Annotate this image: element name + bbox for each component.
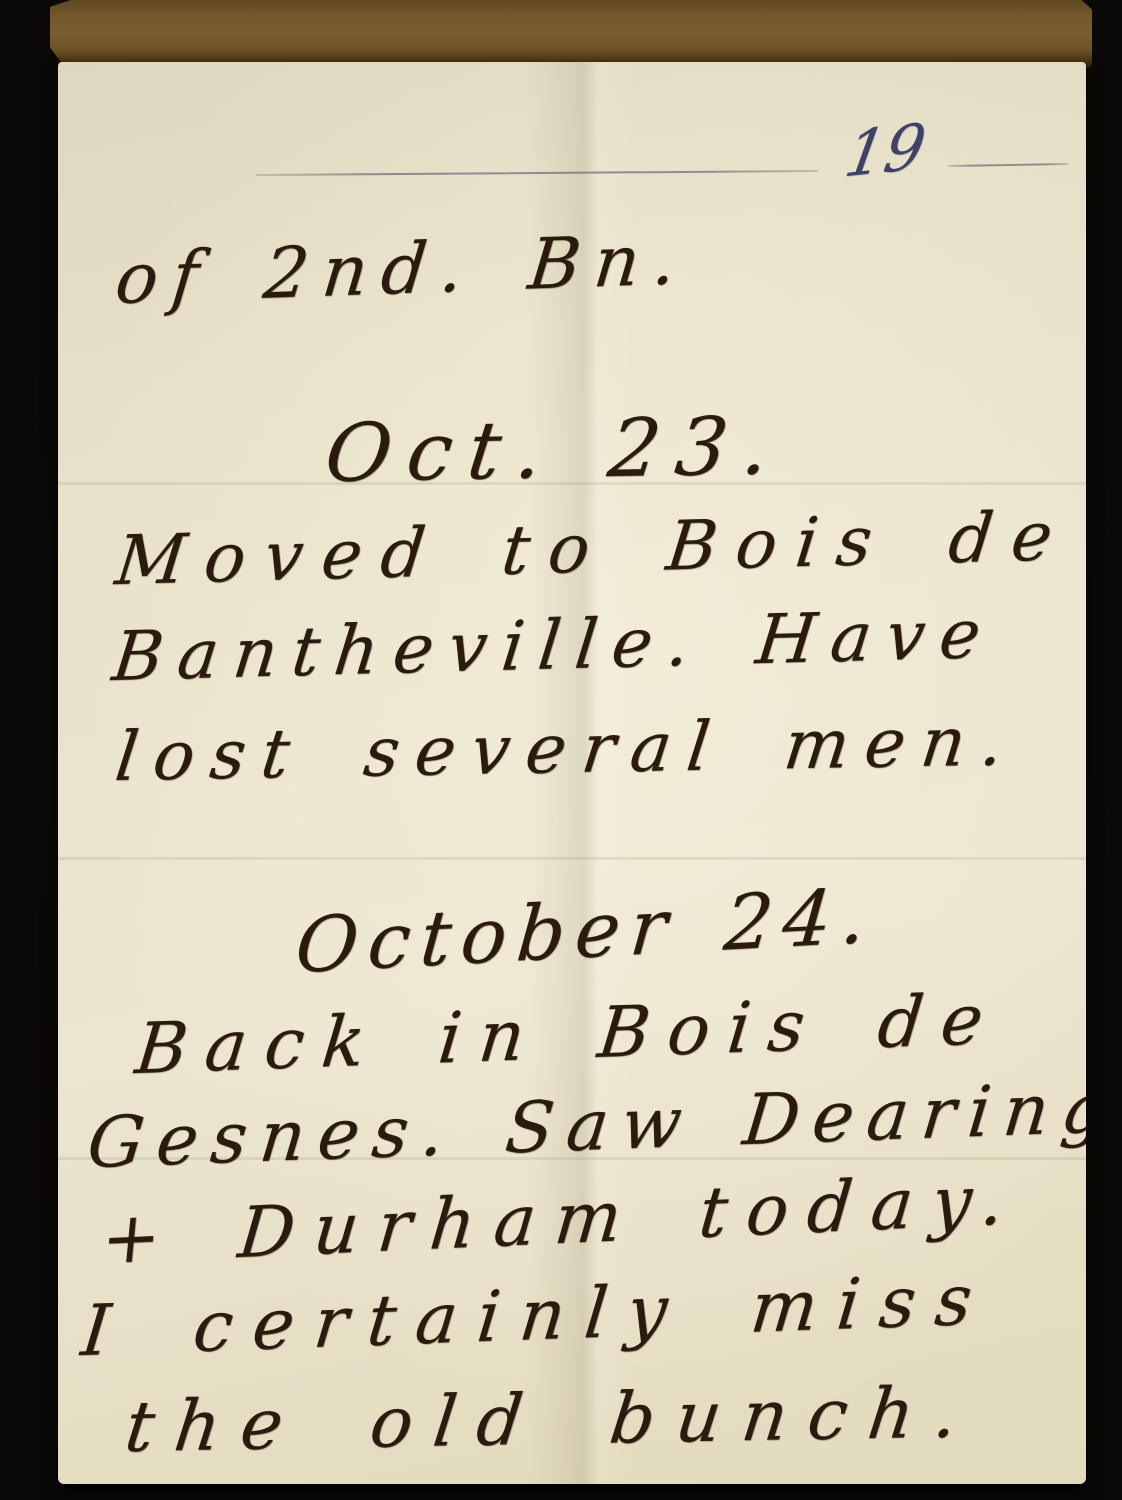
entry-oct-23-line-3: lost several men. (112, 708, 1023, 792)
continuation-line: of 2nd. Bn. (112, 224, 693, 314)
diary-page: 19 of 2nd. Bn. Oct. 23. Moved to Bois de… (58, 62, 1086, 1484)
entry-oct-24-date: October 24. (293, 877, 879, 984)
header-rule-right (948, 163, 1068, 167)
entry-oct-24-line-1: Back in Bois de (132, 984, 1004, 1084)
paper-shading-band (58, 857, 1086, 860)
notepad-binding (50, 0, 1092, 68)
entry-oct-23-line-1: Moved to Bois de (112, 503, 1075, 596)
entry-oct-23-line-2: Bantheville. Have (109, 601, 999, 692)
entry-oct-24-line-3: + Durham today. (99, 1164, 1026, 1275)
page-number: 19 (840, 115, 930, 187)
entry-oct-24-line-5: the old bunch. (122, 1377, 982, 1462)
entry-oct-23-date: Oct. 23. (321, 406, 789, 494)
diary-photograph: 19 of 2nd. Bn. Oct. 23. Moved to Bois de… (0, 0, 1122, 1500)
entry-oct-24-line-4: I certainly miss (78, 1264, 995, 1366)
